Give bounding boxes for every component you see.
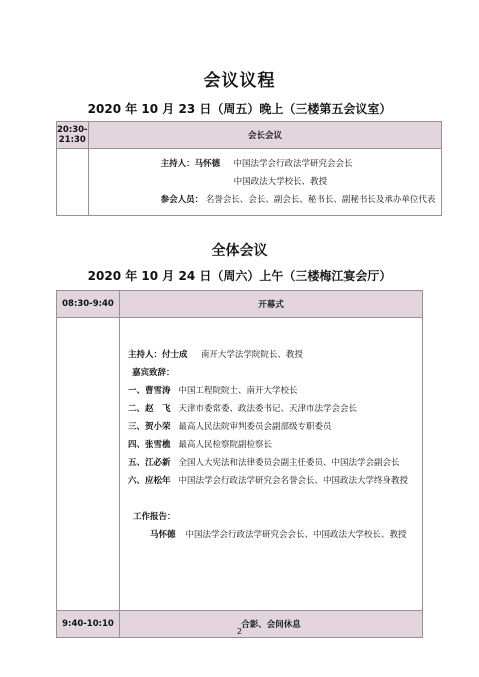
empty-time-cell bbox=[57, 149, 89, 216]
session2-subtitle: 2020 年 10 月 24 日（周六）上午（三楼梅江宴会厅） bbox=[0, 267, 479, 284]
guest-item: 三、贺小荣最高人民法院审判委员会副部级专职委员 bbox=[128, 418, 416, 436]
reporter-name: 马怀德 bbox=[150, 530, 176, 540]
topic-cell: 开幕式 bbox=[120, 291, 423, 318]
attendees-label: 参会人员： bbox=[161, 195, 204, 205]
topic-cell: 会长会议 bbox=[88, 122, 442, 149]
guest-item: 五、江必新全国人大宪法和法律委员会副主任委员、中国法学会副会长 bbox=[128, 454, 416, 472]
table-row: 主持人：马怀德 中国法学会行政法学研究会会长 中国政法大学校长、教授 参会人员：… bbox=[57, 149, 442, 216]
session1-table: 20:30-21:30 会长会议 主持人：马怀德 中国法学会行政法学研究会会长 … bbox=[56, 121, 442, 216]
report-label: 工作报告： bbox=[133, 512, 176, 522]
time-cell: 20:30-21:30 bbox=[57, 122, 89, 149]
table-row: 20:30-21:30 会长会议 bbox=[57, 122, 442, 149]
empty-time-cell bbox=[57, 318, 120, 611]
session2-table: 08:30-9:40 开幕式 主持人：付士成 南开大学法学院院长、教授 嘉宾致辞… bbox=[56, 290, 423, 638]
host-label: 主持人：马怀德 bbox=[161, 159, 221, 169]
guest-item: 四、张雪樵最高人民检察院副检察长 bbox=[128, 436, 416, 454]
host-title-2: 中国政法大学校长、教授 bbox=[234, 177, 328, 187]
table-row: 主持人：付士成 南开大学法学院院长、教授 嘉宾致辞： 一、曹雪涛中国工程院院士、… bbox=[57, 318, 423, 611]
time-cell: 08:30-9:40 bbox=[57, 291, 120, 318]
session1-subtitle: 2020 年 10 月 23 日（周五）晚上（三楼第五会议室） bbox=[0, 100, 479, 117]
guests-label: 嘉宾致辞： bbox=[132, 368, 175, 378]
host-title: 中国法学会行政法学研究会会长 bbox=[234, 159, 353, 169]
guest-item: 一、曹雪涛中国工程院院士、南开大学校长 bbox=[128, 382, 416, 400]
reporter-title: 中国法学会行政法学研究会会长、中国政法大学校长、教授 bbox=[186, 530, 407, 540]
host-title: 南开大学法学院院长、教授 bbox=[201, 350, 303, 360]
guest-item: 二、赵 飞天津市委常委、政法委书记、天津市法学会会长 bbox=[128, 400, 416, 418]
host-label: 主持人：付士成 bbox=[128, 350, 188, 360]
section-title: 全体会议 bbox=[0, 240, 479, 260]
attendees-list: 名誉会长、会长、副会长、秘书长、副秘书长及承办单位代表 bbox=[206, 195, 436, 205]
table-row: 08:30-9:40 开幕式 bbox=[57, 291, 423, 318]
page-title: 会议议程 bbox=[0, 66, 479, 91]
details-cell: 主持人：马怀德 中国法学会行政法学研究会会长 中国政法大学校长、教授 参会人员：… bbox=[88, 149, 442, 216]
page-number: 2 bbox=[0, 627, 479, 636]
guest-item: 六、应松年中国法学会行政法学研究会名誉会长、中国政法大学终身教授 bbox=[128, 472, 416, 490]
details-cell: 主持人：付士成 南开大学法学院院长、教授 嘉宾致辞： 一、曹雪涛中国工程院院士、… bbox=[120, 318, 423, 611]
